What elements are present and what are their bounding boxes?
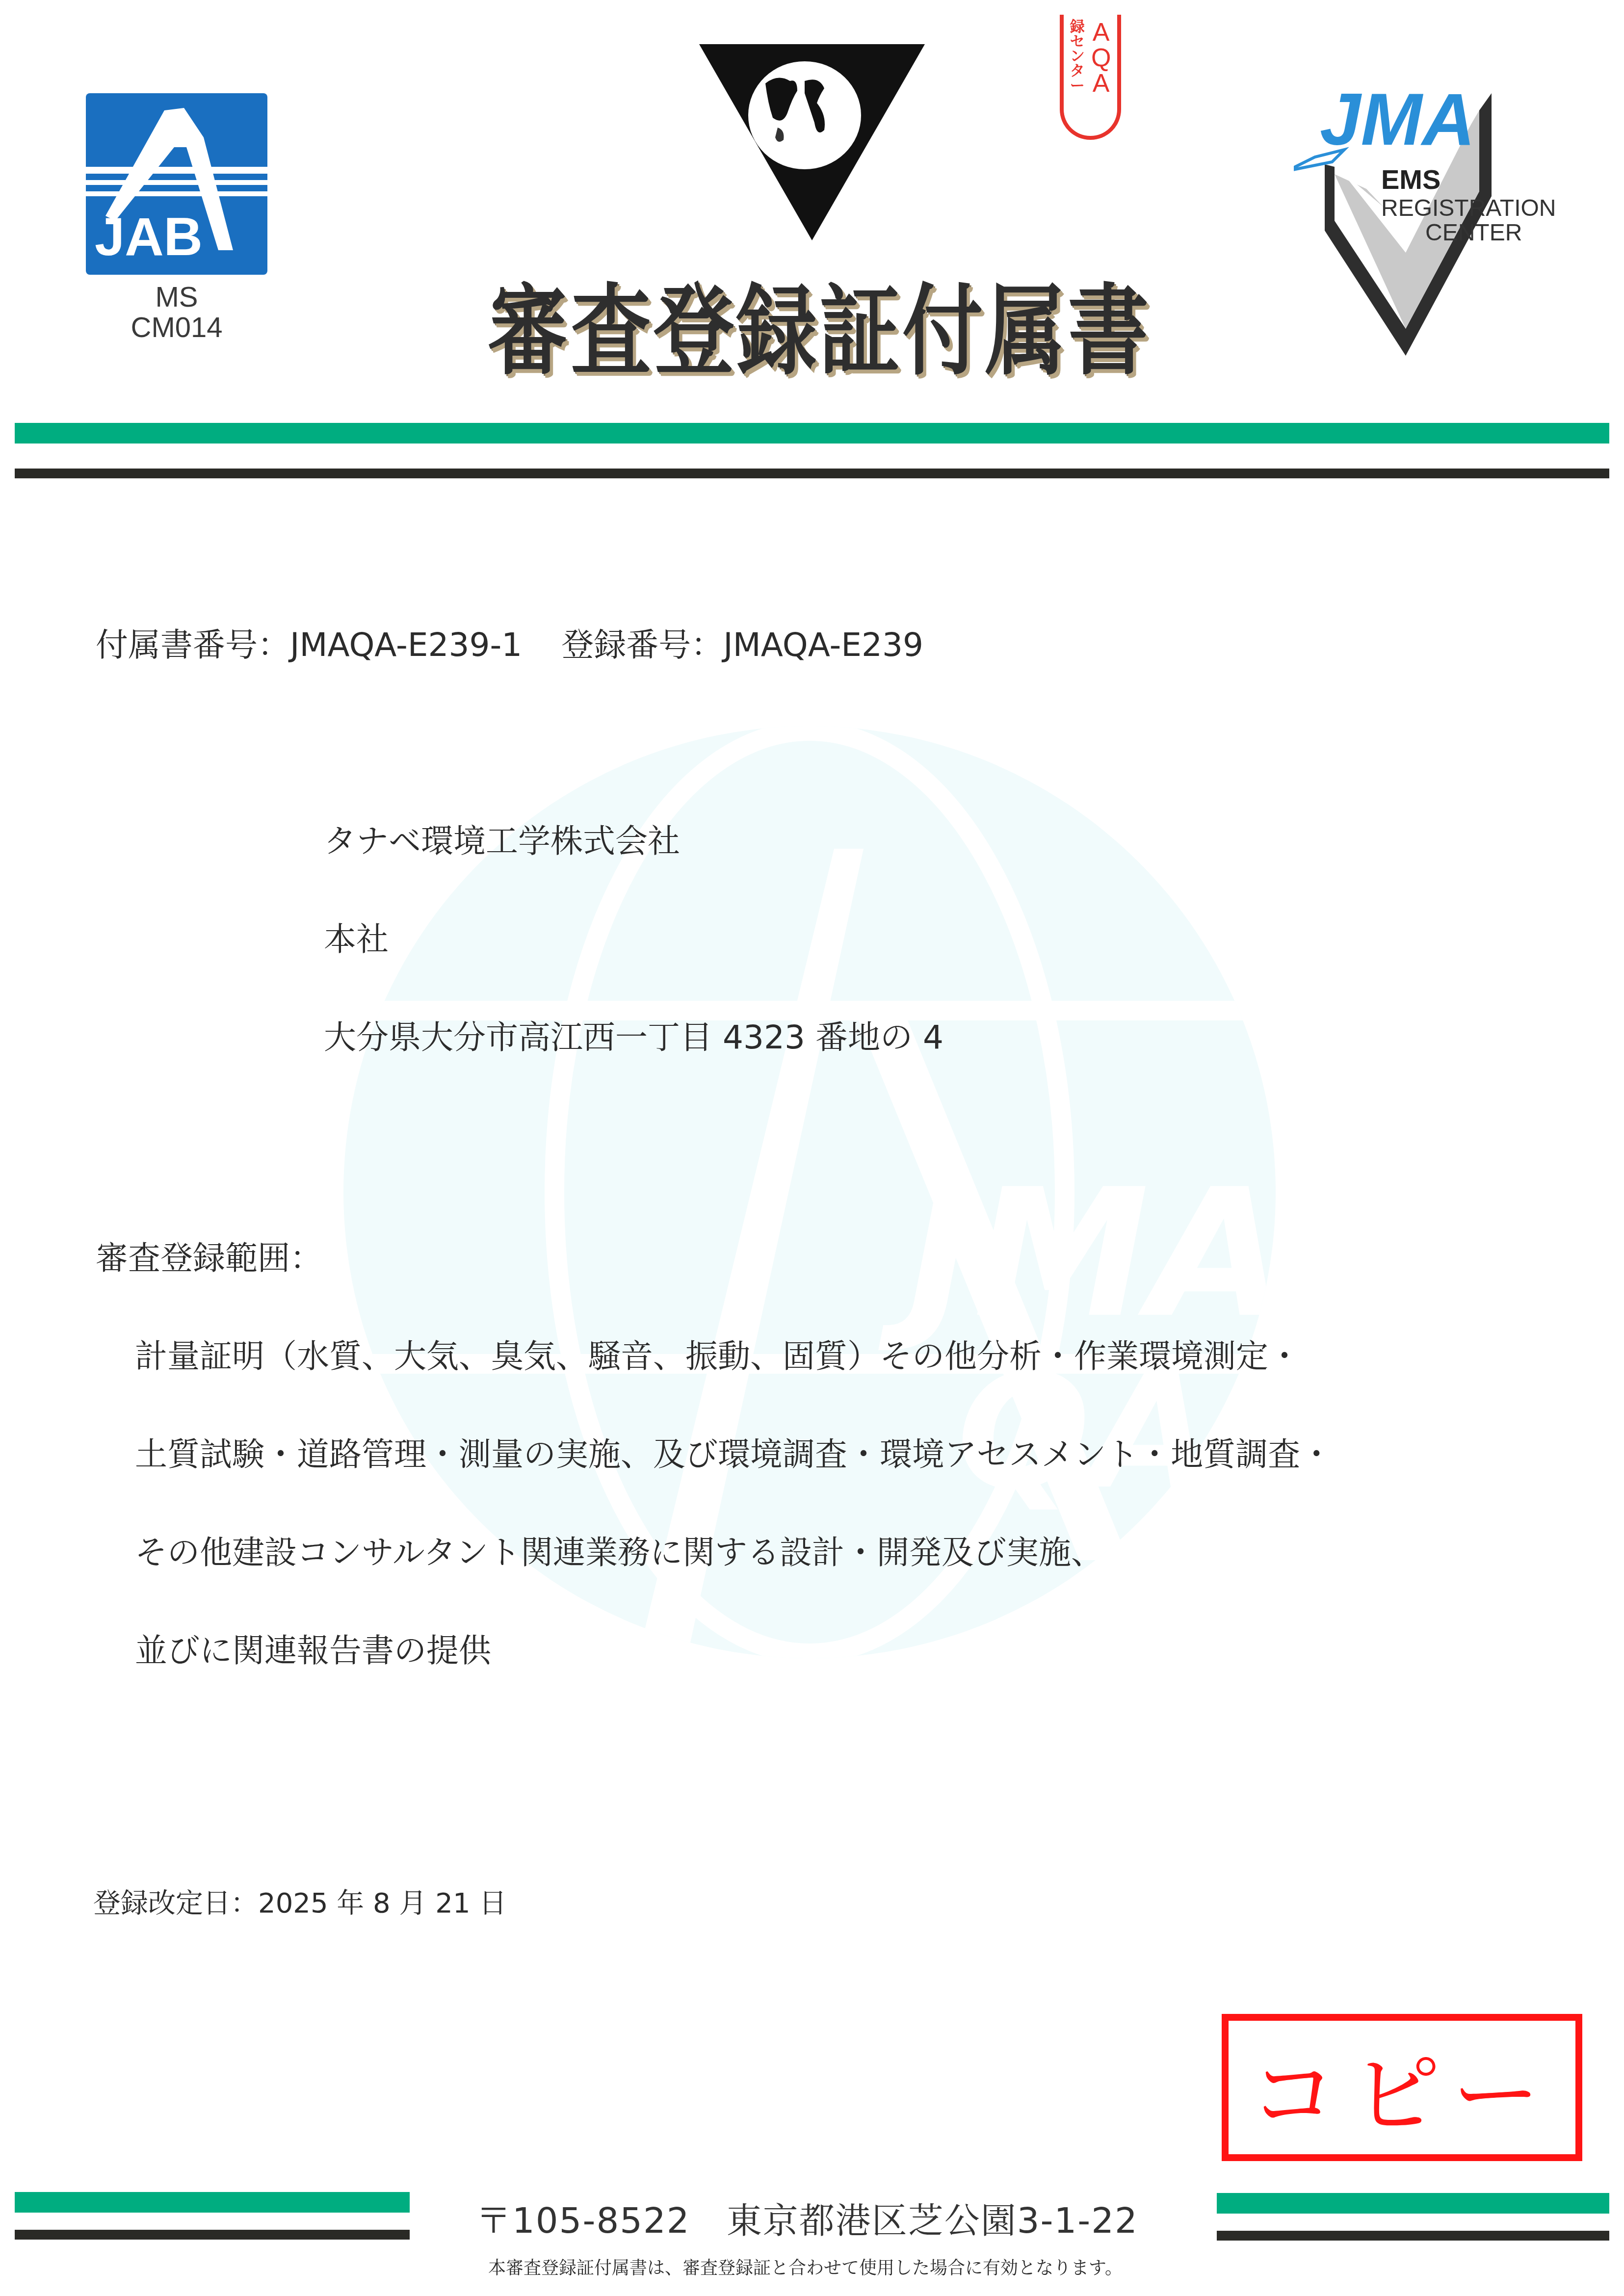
registration-number-value: JMAQA-E239	[723, 626, 923, 664]
svg-text:CENTER: CENTER	[1425, 220, 1522, 246]
copy-stamp: コピー	[1222, 2014, 1582, 2161]
footer-dark-bar-left	[15, 2230, 410, 2240]
svg-text:JAB: JAB	[95, 207, 203, 267]
jab-mountain-icon: JAB	[86, 93, 267, 275]
document-numbers: 付属書番号：JMAQA-E239-1登録番号：JMAQA-E239	[96, 626, 923, 665]
appendix-number-value: JMAQA-E239-1	[290, 626, 522, 664]
scope-line: その他建設コンサルタント関連業務に関する設計・開発及び実施、	[135, 1533, 1103, 1572]
revision-date: 登録改定日：2025 年 8 月 21 日	[93, 1884, 506, 1923]
organization-address: 大分県大分市高江西一丁目 4323 番地の 4	[324, 1018, 943, 1057]
jma-qa-watermark: JMA QA	[343, 726, 1276, 1658]
footer-dark-bar-right	[1217, 2231, 1609, 2241]
seal-en-text: AQA	[1091, 20, 1111, 131]
footer-green-bar-left	[15, 2192, 410, 2213]
jma-ems-logo: JMA EMS REGISTRATION CENTER	[1285, 83, 1565, 363]
jab-accreditation-code: MS CM014	[74, 282, 280, 343]
footer-notice: 本審査登録証付属書は、審査登録証と合わせて使用した場合に有効となります。	[488, 2254, 1123, 2279]
globe-triangle-emblem	[699, 44, 925, 240]
svg-text:REGISTRATION: REGISTRATION	[1381, 195, 1556, 221]
organization-site: 本社	[324, 920, 389, 959]
jab-caption-code: CM014	[74, 313, 280, 343]
footer-address: 〒105-8522 東京都港区芝公園3-1-22	[476, 2192, 1138, 2243]
scope-line: 計量証明（水質、大気、臭気、騒音、振動、固質）その他分析・作業環境測定・	[135, 1337, 1301, 1376]
svg-text:JMA: JMA	[877, 1151, 1276, 1357]
jab-logo: JAB	[86, 93, 267, 275]
header-green-bar	[15, 423, 1609, 444]
registration-seal: 録センター AQA	[1060, 15, 1121, 140]
appendix-number-label: 付属書番号：	[96, 626, 290, 664]
copy-stamp-text: コピー	[1249, 2024, 1555, 2151]
scope-line: 土質試験・道路管理・測量の実施、及び環境調査・環境アセスメント・地質調査・	[135, 1435, 1333, 1474]
revision-date-label: 登録改定日：	[93, 1887, 258, 1919]
scope-label: 審査登録範囲：	[96, 1239, 322, 1278]
globe-icon	[699, 44, 925, 240]
footer-green-bar-right	[1217, 2193, 1609, 2214]
revision-date-value: 2025 年 8 月 21 日	[258, 1887, 506, 1919]
document-title: 審査登録証付属書	[481, 272, 1157, 390]
organization-name: タナベ環境工学株式会社	[324, 822, 680, 861]
scope-line: 並びに関連報告書の提供	[135, 1631, 491, 1670]
header-dark-bar	[15, 469, 1609, 478]
jab-caption-ms: MS	[74, 282, 280, 313]
svg-text:EMS: EMS	[1381, 164, 1441, 195]
jma-check-icon: JMA EMS REGISTRATION CENTER	[1285, 83, 1565, 363]
watermark-globe-icon: JMA QA	[343, 726, 1276, 1658]
seal-jp-text: 録センター	[1070, 20, 1085, 131]
registration-number-label: 登録番号：	[561, 626, 723, 664]
